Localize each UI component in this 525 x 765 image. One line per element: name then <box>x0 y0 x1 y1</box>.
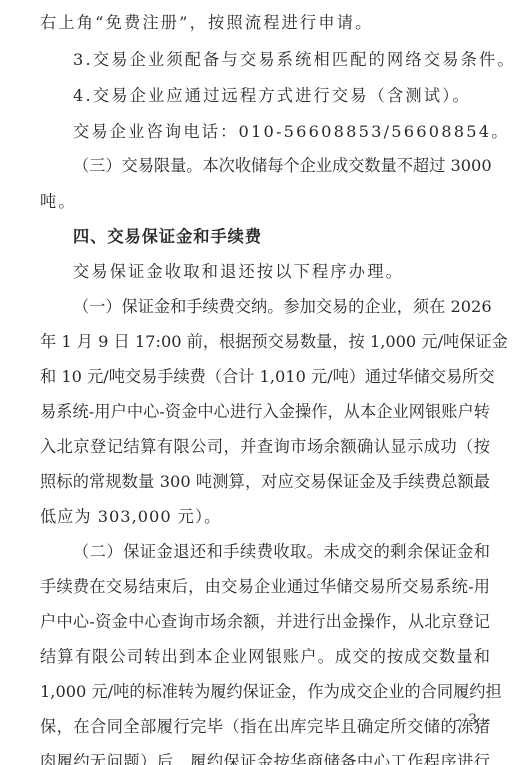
page-number: - 3 - <box>455 712 492 728</box>
paragraph-line: （二）保证金退还和手续费收取。未成交的剩余保证金和 <box>73 542 490 562</box>
paragraph-line: 年 1 月 9 日 17:00 前，根据预交易数量，按 1,000 元/吨保证金 <box>40 332 490 352</box>
paragraph-line: 和 10 元/吨交易手续费（合计 1,010 元/吨）通过华储交易所交 <box>40 367 490 387</box>
paragraph-line: 交易保证金收取和退还按以下程序办理。 <box>73 262 523 282</box>
paragraph-line: 入北京登记结算有限公司，并查询市场余额确认显示成功（按 <box>40 437 490 457</box>
paragraph-line: 户中心-资金中心查询市场余额，并进行出金操作，从北京登记 <box>40 612 490 632</box>
section-heading: 四、交易保证金和手续费 <box>73 227 523 247</box>
paragraph-line: 4.交易企业应通过远程方式进行交易（含测试）。 <box>73 86 523 106</box>
paragraph-line: （三）交易限量。本次收储每个企业成交数量不超过 3000 <box>73 156 490 176</box>
paragraph-line: （一）保证金和手续费交纳。参加交易的企业，须在 2026 <box>73 297 490 317</box>
paragraph-line: 结算有限公司转出到本企业网银账户。成交的按成交数量和 <box>40 647 490 667</box>
paragraph-line: 低应为 303,000 元）。 <box>40 507 490 527</box>
document-page: 右上角“免费注册”，按照流程进行申请。 3.交易企业须配备与交易系统相匹配的网络… <box>0 0 525 765</box>
paragraph-line: 吨。 <box>40 192 490 212</box>
paragraph-line: 保，在合同全部履行完毕（指在出库完毕且确定所交储的冻猪 <box>40 717 490 737</box>
paragraph-line: 照标的常规数量 300 吨测算，对应交易保证金及手续费总额最 <box>40 472 490 492</box>
paragraph-line: 易系统-用户中心-资金中心进行入金操作，从本企业网银账户转 <box>40 402 490 422</box>
paragraph-line: 1,000 元/吨的标准转为履约保证金，作为成交企业的合同履约担 <box>40 682 490 702</box>
paragraph-line: 手续费在交易结束后，由交易企业通过华储交易所交易系统-用 <box>40 577 490 597</box>
paragraph-line: 肉履约无问题）后，履约保证金按华商储备中心工作程序进行 <box>40 752 490 765</box>
contact-phone-line: 交易企业咨询电话：010-56608853/56608854。 <box>73 122 523 142</box>
paragraph-line: 3.交易企业须配备与交易系统相匹配的网络交易条件。 <box>73 50 523 70</box>
paragraph-line: 右上角“免费注册”，按照流程进行申请。 <box>40 13 490 33</box>
